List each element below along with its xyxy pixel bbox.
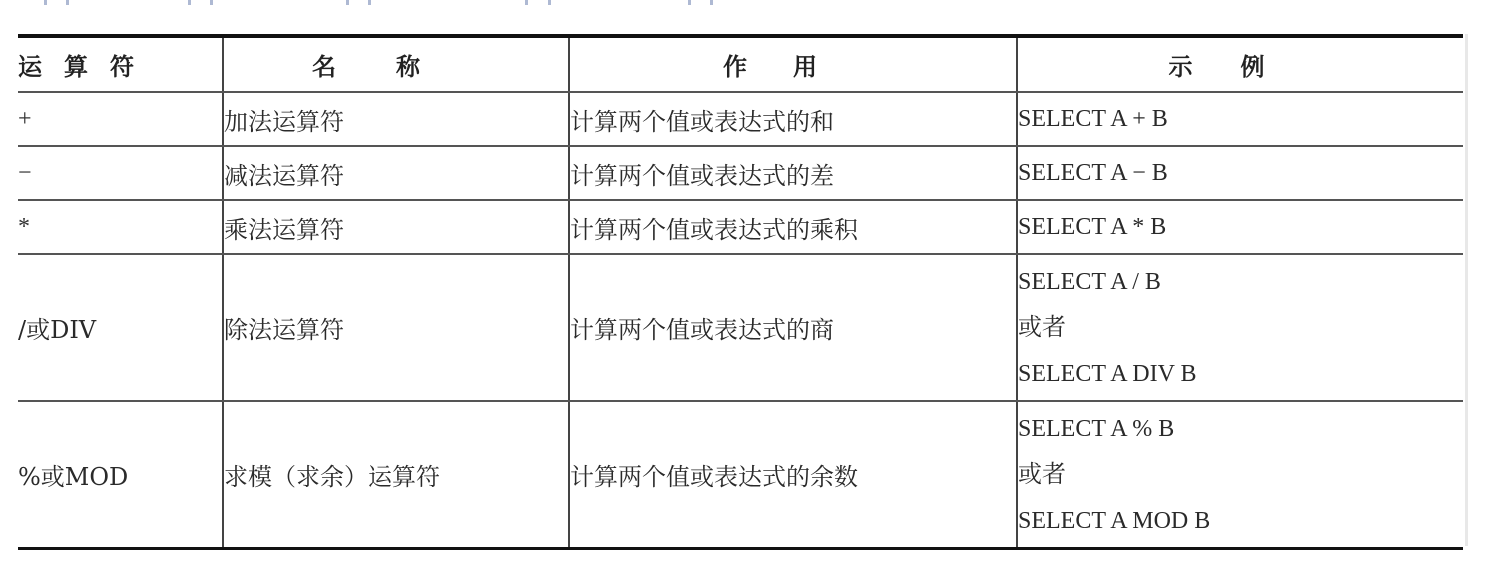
table-row: /或DIV 除法运算符 计算两个值或表达式的商 SELECT A / B 或者 … xyxy=(18,254,1463,401)
example-line: SELECT A / B xyxy=(1018,259,1463,305)
header-operator: 运算符 xyxy=(18,36,223,92)
example-line: SELECT A * B xyxy=(1018,204,1463,250)
example-line: SELECT A + B xyxy=(1018,96,1463,142)
header-function: 作用 xyxy=(569,36,1017,92)
cropped-text-fragment xyxy=(0,0,1486,6)
table-row: %或MOD 求模（求余）运算符 计算两个值或表达式的余数 SELECT A % … xyxy=(18,401,1463,549)
name-cell: 减法运算符 xyxy=(223,146,569,200)
operator-cell: − xyxy=(18,146,223,200)
header-name: 名称 xyxy=(223,36,569,92)
function-cell: 计算两个值或表达式的差 xyxy=(569,146,1017,200)
function-cell: 计算两个值或表达式的乘积 xyxy=(569,200,1017,254)
arithmetic-operators-table: 运算符 名称 作用 示例 + 加法运算符 计算两个值或表达式的和 SELECT … xyxy=(18,34,1463,550)
name-cell: 求模（求余）运算符 xyxy=(223,401,569,549)
example-cell: SELECT A / B 或者 SELECT A DIV B xyxy=(1017,254,1463,401)
example-line: SELECT A % B xyxy=(1018,406,1463,452)
table-row: + 加法运算符 计算两个值或表达式的和 SELECT A + B xyxy=(18,92,1463,146)
example-cell: SELECT A % B 或者 SELECT A MOD B xyxy=(1017,401,1463,549)
function-cell: 计算两个值或表达式的余数 xyxy=(569,401,1017,549)
example-line: SELECT A MOD B xyxy=(1018,498,1463,544)
example-cell: SELECT A − B xyxy=(1017,146,1463,200)
example-cell: SELECT A + B xyxy=(1017,92,1463,146)
operator-cell: + xyxy=(18,92,223,146)
table-row: * 乘法运算符 计算两个值或表达式的乘积 SELECT A * B xyxy=(18,200,1463,254)
name-cell: 加法运算符 xyxy=(223,92,569,146)
header-example: 示例 xyxy=(1017,36,1463,92)
example-line: SELECT A − B xyxy=(1018,150,1463,196)
operator-cell: /或DIV xyxy=(18,254,223,401)
table-row: − 减法运算符 计算两个值或表达式的差 SELECT A − B xyxy=(18,146,1463,200)
example-line: 或者 xyxy=(1018,305,1463,351)
function-cell: 计算两个值或表达式的和 xyxy=(569,92,1017,146)
example-cell: SELECT A * B xyxy=(1017,200,1463,254)
page-edge-shadow xyxy=(1465,34,1468,546)
example-line: 或者 xyxy=(1018,452,1463,498)
function-cell: 计算两个值或表达式的商 xyxy=(569,254,1017,401)
table-header-row: 运算符 名称 作用 示例 xyxy=(18,36,1463,92)
name-cell: 除法运算符 xyxy=(223,254,569,401)
name-cell: 乘法运算符 xyxy=(223,200,569,254)
example-line: SELECT A DIV B xyxy=(1018,351,1463,397)
operator-cell: %或MOD xyxy=(18,401,223,549)
operator-cell: * xyxy=(18,200,223,254)
